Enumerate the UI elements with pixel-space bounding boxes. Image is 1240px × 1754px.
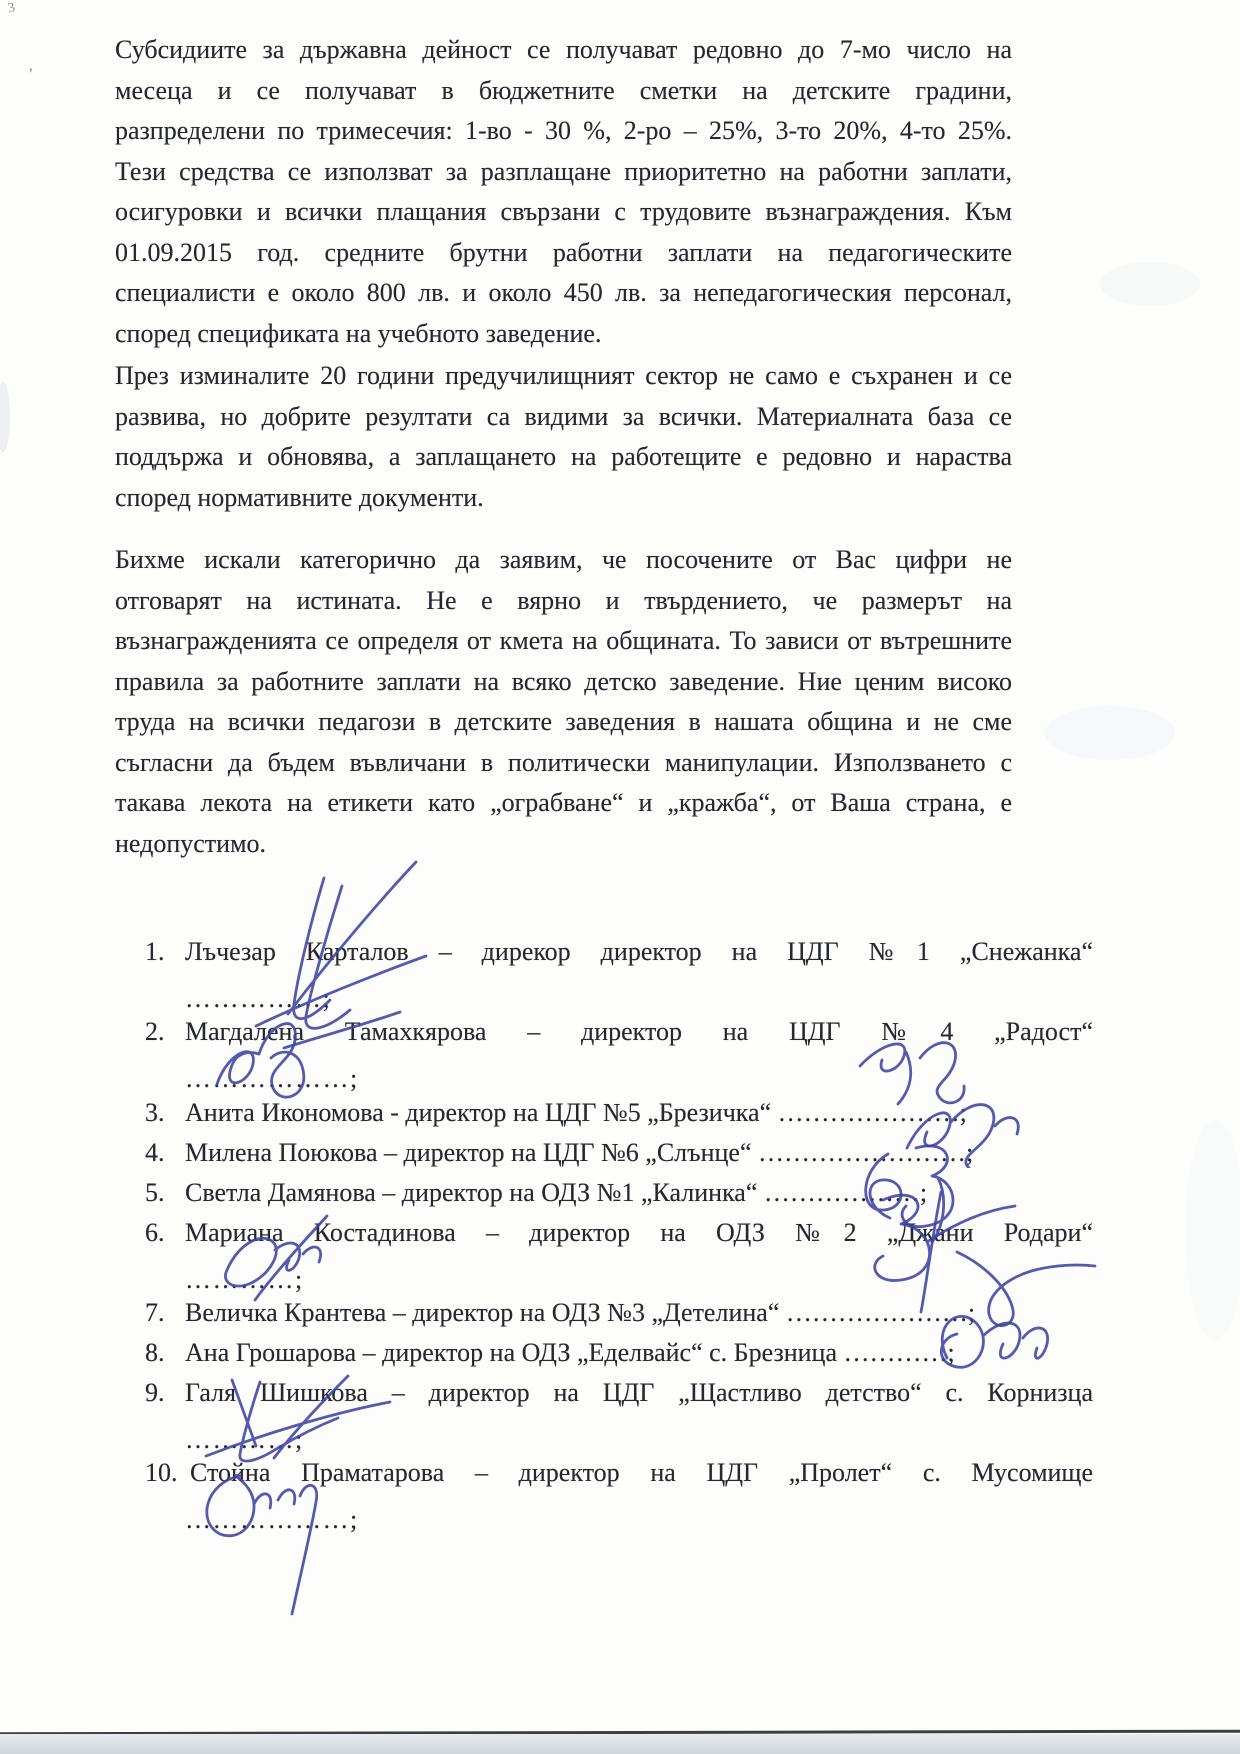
paragraph-line: 01.09.2015 год. средните брутни работни … xyxy=(115,233,1012,274)
scan-smudge xyxy=(0,382,10,452)
paragraph-line: такава лекота на етикети като „ограбване… xyxy=(115,783,1012,824)
paragraph-line: Тези средства се използват за разплащане… xyxy=(115,152,1012,193)
paragraph-1: Субсидиите за държавна дейност се получа… xyxy=(115,30,1012,354)
paragraph-line: поддържа и обновява, а заплащането на ра… xyxy=(115,437,1012,478)
scan-smudge xyxy=(1100,262,1200,306)
paragraph-line: възнагражденията се определя от кмета на… xyxy=(115,621,1012,662)
paragraph-line: специалисти е около 800 лв. и около 450 … xyxy=(115,273,1012,314)
paragraph-line: разпределени по тримесечия: 1-во - 30 %,… xyxy=(115,111,1012,152)
item-number: 7. xyxy=(145,1293,165,1333)
item-number: 5. xyxy=(145,1173,165,1213)
paragraph-line: според спецификата на учебното заведение… xyxy=(115,314,1012,355)
paragraph-line: През изминалите 20 години предучилищният… xyxy=(115,356,1012,397)
signature-ink-10 xyxy=(186,1448,416,1616)
scan-smudge xyxy=(1185,1120,1240,1340)
scan-noise-corner-mark: 3 xyxy=(6,0,16,17)
signature-ink-2 xyxy=(205,1008,400,1120)
item-number: 2. xyxy=(145,1012,165,1052)
paragraph-line: осигуровки и всички плащания свързани с … xyxy=(115,192,1012,233)
paragraph-line: Бихме искали категорично да заявим, че п… xyxy=(115,540,1012,581)
item-number: 4. xyxy=(145,1133,165,1173)
scan-smudge xyxy=(1045,706,1175,760)
paragraph-line: месеца и се получават в бюджетните сметк… xyxy=(115,71,1012,112)
scanner-bed-strip xyxy=(0,1734,1240,1754)
scan-noise-edge-mark: , xyxy=(29,58,33,75)
paragraph-3: Бихме искали категорично да заявим, че п… xyxy=(115,540,1012,864)
paragraph-line: развива, но добрите резултати са видими … xyxy=(115,397,1012,438)
item-number: 9. xyxy=(145,1373,165,1413)
item-number: 6. xyxy=(145,1213,165,1253)
paragraph-line: според нормативните документи. xyxy=(115,478,1012,519)
paragraph-line: съгласни да бъдем въвличани в политическ… xyxy=(115,743,1012,784)
item-number: 1. xyxy=(145,932,165,972)
paragraph-line: Субсидиите за държавна дейност се получа… xyxy=(115,30,1012,71)
item-number: 8. xyxy=(145,1333,165,1373)
paragraph-line: труда на всички педагози в детските заве… xyxy=(115,702,1012,743)
paragraph-2: През изминалите 20 години предучилищният… xyxy=(115,356,1012,518)
item-number: 3. xyxy=(145,1093,165,1133)
signature-ink-7 xyxy=(205,1212,355,1304)
paragraph-line: правила за работните заплати на всяко де… xyxy=(115,662,1012,703)
signature-ink-8 xyxy=(905,1292,1090,1400)
item-number: 10. xyxy=(145,1453,178,1493)
scanned-document-page: 3 , Субсидиите за държавна дейност се по… xyxy=(0,0,1240,1754)
paragraph-line: отговарят на истината. Не е вярно и твър… xyxy=(115,581,1012,622)
